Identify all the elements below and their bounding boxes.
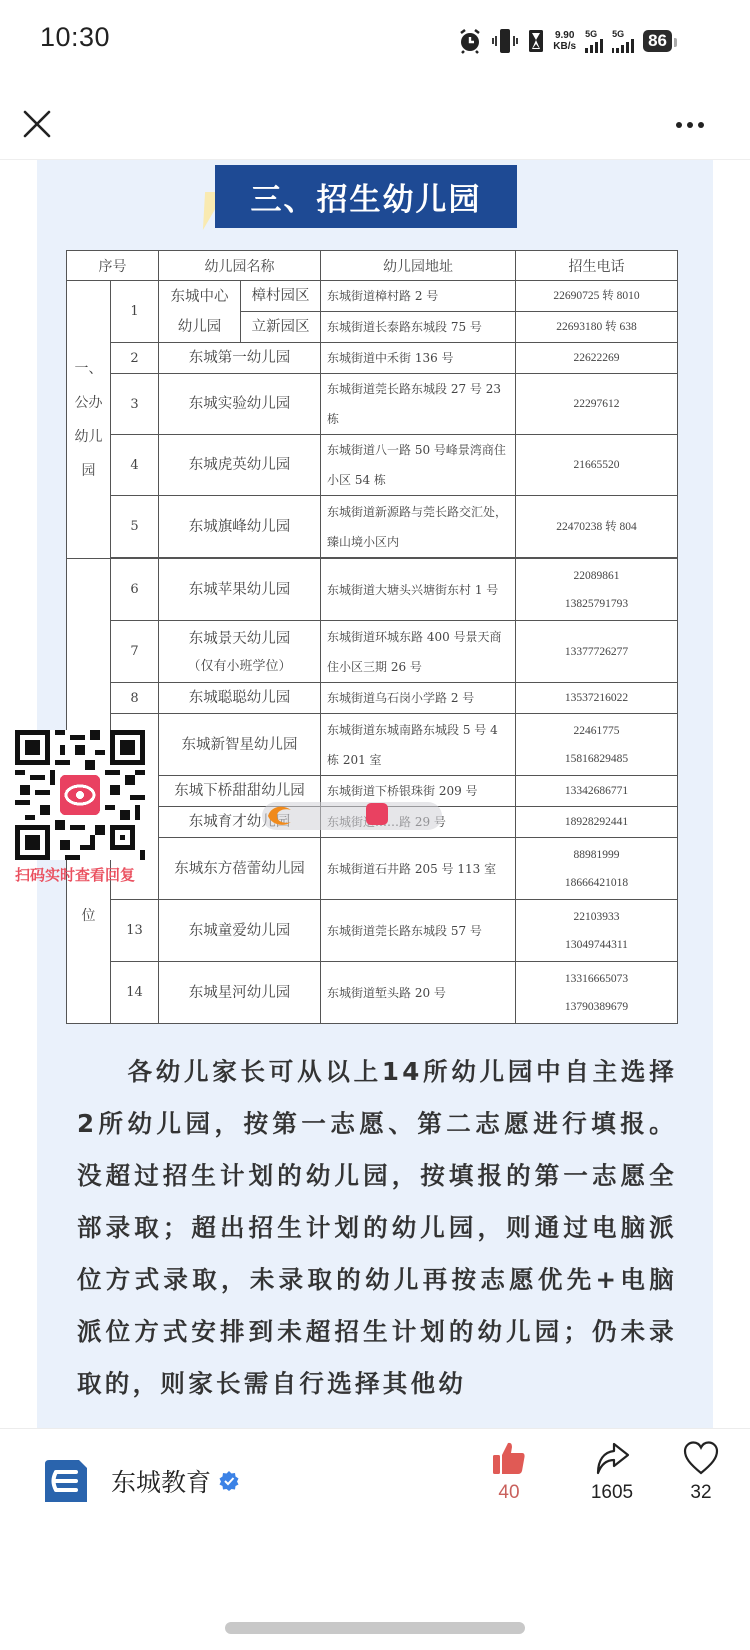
- group-label-line: 幼儿: [69, 420, 108, 454]
- like-count: 40: [474, 1482, 544, 1504]
- action-bar: 40 1605 32: [460, 1440, 750, 1530]
- table-row: 13 东城童爱幼儿园 东城街道莞长路东城段 57 号 22103933 1304…: [67, 900, 678, 962]
- kindergarten-name: 东城第一幼儿园: [159, 343, 321, 374]
- phone-line: 22089861: [516, 562, 677, 590]
- kindergarten-name: 东城旗峰幼儿园: [159, 496, 321, 558]
- header-name: 幼儿园名称: [159, 251, 321, 281]
- phone: 13316665073 13790389679: [516, 962, 678, 1024]
- network-speed: 9.90 KB/s: [553, 30, 576, 52]
- phone: 21665520: [516, 435, 678, 496]
- kindergarten-name: 东城童爱幼儿园: [159, 900, 321, 962]
- name-line: 东城中心: [159, 282, 240, 312]
- signal-icon-sim2: 5G: [612, 30, 634, 53]
- kindergarten-name: 东城苹果幼儿园: [159, 559, 321, 621]
- row-number: 6: [111, 559, 159, 621]
- status-time: 10:30: [40, 22, 110, 53]
- net-speed-unit: KB/s: [553, 41, 576, 52]
- group-public: 一、 公办 幼儿 园: [67, 281, 111, 559]
- row-number: 14: [111, 962, 159, 1024]
- row-number: 4: [111, 435, 159, 496]
- phone: 13342686771: [516, 776, 678, 807]
- address: 东城街道长泰路东城段 75 号: [321, 312, 516, 343]
- address: 东城街道环城东路 400 号景天商住小区三期 26 号: [321, 621, 516, 683]
- phone: 22693180 转 638: [516, 312, 678, 343]
- hourglass-icon: [528, 29, 544, 53]
- row-number: 7: [111, 621, 159, 683]
- more-icon: [676, 122, 682, 128]
- phone-line: 88981999: [516, 841, 677, 869]
- phone-line: 13049744311: [516, 931, 677, 959]
- phone: 13377726277: [516, 621, 678, 683]
- share-count: 1605: [577, 1482, 647, 1504]
- kindergarten-name: 东城虎英幼儿园: [159, 435, 321, 496]
- thumbs-up-icon: [491, 1440, 527, 1476]
- divider: [0, 1428, 750, 1429]
- section-title: 三、招生幼儿园: [215, 165, 517, 228]
- share-icon: [594, 1440, 630, 1476]
- table-row: 2 东城第一幼儿园 东城街道中禾街 136 号 22622269: [67, 343, 678, 374]
- author-name[interactable]: 东城教育: [111, 1463, 211, 1499]
- kindergarten-name: 东城实验幼儿园: [159, 374, 321, 435]
- vibrate-icon: [491, 28, 519, 54]
- table-row: 3 东城实验幼儿园 东城街道莞长路东城段 27 号 23 栋 22297612: [67, 374, 678, 435]
- phone: 22461775 15816829485: [516, 714, 678, 776]
- paragraph-text: 各幼儿家长可从以上14所幼儿园中自主选择2所幼儿园，按第一志愿、第二志愿进行填报…: [77, 1057, 677, 1398]
- phone-line: 18666421018: [516, 869, 677, 897]
- address: 东城街道堑头路 20 号: [321, 962, 516, 1024]
- author-info[interactable]: 东城教育: [45, 1460, 239, 1502]
- kindergarten-name: 东城聪聪幼儿园: [159, 683, 321, 714]
- address: 东城街道乌石岗小学路 2 号: [321, 683, 516, 714]
- table-row: 东城新智星幼儿园 东城街道东城南路东城段 5 号 4 栋 201 室 22461…: [67, 714, 678, 776]
- heart-icon: [682, 1440, 720, 1476]
- name-line: 东城景天幼儿园: [159, 624, 320, 654]
- kindergarten-name: 东城中心 幼儿园: [159, 281, 241, 343]
- phone: 22622269: [516, 343, 678, 374]
- author-logo-icon: [45, 1460, 87, 1502]
- address: 东城街道莞长路东城段 27 号 23 栋: [321, 374, 516, 435]
- watermark-eye-icon: [366, 803, 388, 825]
- like-button[interactable]: 40: [474, 1440, 544, 1504]
- address: 东城街道八一路 50 号峰景湾商住小区 54 栋: [321, 435, 516, 496]
- header-phone: 招生电话: [516, 251, 678, 281]
- phone-line: 15816829485: [516, 745, 677, 773]
- phone-line: 13790389679: [516, 993, 677, 1021]
- home-indicator[interactable]: [225, 1622, 525, 1634]
- address: 东城街道东城南路东城段 5 号 4 栋 201 室: [321, 714, 516, 776]
- phone: 22297612: [516, 374, 678, 435]
- phone-line: 13316665073: [516, 965, 677, 993]
- phone: 22089861 13825791793: [516, 559, 678, 621]
- qr-caption: 扫码实时查看回复: [15, 864, 135, 885]
- signal-icon-sim1: 5G: [585, 30, 603, 53]
- group-label-line: 位: [82, 908, 96, 924]
- campus-name: 樟村园区: [241, 281, 321, 312]
- table-row: 5 东城旗峰幼儿园 东城街道新源路与莞长路交汇处，臻山境小区内 22470238…: [67, 496, 678, 558]
- phone: 18928292441: [516, 807, 678, 838]
- header-no: 序号: [67, 251, 159, 281]
- phone: 13537216022: [516, 683, 678, 714]
- table-row: 8 东城聪聪幼儿园 东城街道乌石岗小学路 2 号 13537216022: [67, 683, 678, 714]
- table-row: 7 东城景天幼儿园 （仅有小班学位） 东城街道环城东路 400 号景天商住小区三…: [67, 621, 678, 683]
- table-header-row: 序号 幼儿园名称 幼儿园地址 招生电话: [67, 251, 678, 281]
- row-number: 2: [111, 343, 159, 374]
- signal2-label: 5G: [612, 30, 624, 39]
- address: 东城街道樟村路 2 号: [321, 281, 516, 312]
- table-row: 一、 公办 幼儿 园 1 东城中心 幼儿园 樟村园区 东城街道樟村路 2 号 2…: [67, 281, 678, 312]
- table-row: 14 东城星河幼儿园 东城街道堑头路 20 号 13316665073 1379…: [67, 962, 678, 1024]
- close-button[interactable]: [22, 109, 52, 139]
- kindergarten-name: 东城东方蓓蕾幼儿园: [159, 838, 321, 900]
- name-note: （仅有小班学位）: [159, 654, 320, 680]
- address: 东城街道大塘头兴塘街东村 1 号: [321, 559, 516, 621]
- top-toolbar: [0, 95, 750, 157]
- header-address: 幼儿园地址: [321, 251, 516, 281]
- phone: 88981999 18666421018: [516, 838, 678, 900]
- favorite-count: 32: [666, 1482, 736, 1504]
- signal1-label: 5G: [585, 30, 597, 39]
- address: 东城街道石井路 205 号 113 室: [321, 838, 516, 900]
- table-row: 4 东城虎英幼儿园 东城街道八一路 50 号峰景湾商住小区 54 栋 21665…: [67, 435, 678, 496]
- row-number: 13: [111, 900, 159, 962]
- close-icon: [22, 109, 52, 139]
- name-line: 幼儿园: [159, 312, 240, 342]
- status-bar: 10:30 9.90 KB/s 5G 5G 86: [0, 0, 750, 80]
- group-label-line: 公办: [69, 386, 108, 420]
- battery-level: 86: [648, 31, 667, 50]
- table-row: 东城东方蓓蕾幼儿园 东城街道石井路 205 号 113 室 88981999 1…: [67, 838, 678, 900]
- phone: 22690725 转 8010: [516, 281, 678, 312]
- kindergarten-name: 东城景天幼儿园 （仅有小班学位）: [159, 621, 321, 683]
- more-options-button[interactable]: [676, 117, 716, 133]
- watermark-logo-icon: [265, 804, 293, 828]
- row-number: 8: [111, 683, 159, 714]
- favorite-button[interactable]: 32: [666, 1440, 736, 1504]
- article-paragraph: 各幼儿家长可从以上14所幼儿园中自主选择2所幼儿园，按第一志愿、第二志愿进行填报…: [77, 1046, 677, 1410]
- phone-line: 22103933: [516, 903, 677, 931]
- kindergarten-name: 东城星河幼儿园: [159, 962, 321, 1024]
- net-speed-value: 9.90: [553, 30, 576, 41]
- campus-name: 立新园区: [241, 312, 321, 343]
- status-icons: 9.90 KB/s 5G 5G 86: [458, 26, 672, 56]
- phone-line: 22461775: [516, 717, 677, 745]
- kindergarten-table: 序号 幼儿园名称 幼儿园地址 招生电话 一、 公办 幼儿 园 1: [66, 250, 677, 1024]
- verified-badge-icon: [219, 1471, 239, 1491]
- phone: 22103933 13049744311: [516, 900, 678, 962]
- share-button[interactable]: 1605: [577, 1440, 647, 1504]
- address: 东城街道中禾街 136 号: [321, 343, 516, 374]
- qr-code-icon: [15, 730, 145, 860]
- alarm-icon: [458, 28, 482, 54]
- table-row: 位 6 东城苹果幼儿园 东城街道大塘头兴塘街东村 1 号 22089861 13…: [67, 559, 678, 621]
- qr-code[interactable]: [15, 730, 145, 860]
- address: 东城街道新源路与莞长路交汇处，臻山境小区内: [321, 496, 516, 558]
- group-label-line: 园: [69, 454, 108, 488]
- phone-line: 13825791793: [516, 590, 677, 618]
- battery-icon: 86: [643, 30, 672, 52]
- row-number: 1: [111, 281, 159, 343]
- address: 东城街道莞长路东城段 57 号: [321, 900, 516, 962]
- phone: 22470238 转 804: [516, 496, 678, 558]
- group-label-line: 一、: [69, 352, 108, 386]
- kindergarten-name: 东城新智星幼儿园: [159, 714, 321, 776]
- row-number: 3: [111, 374, 159, 435]
- row-number: 5: [111, 496, 159, 558]
